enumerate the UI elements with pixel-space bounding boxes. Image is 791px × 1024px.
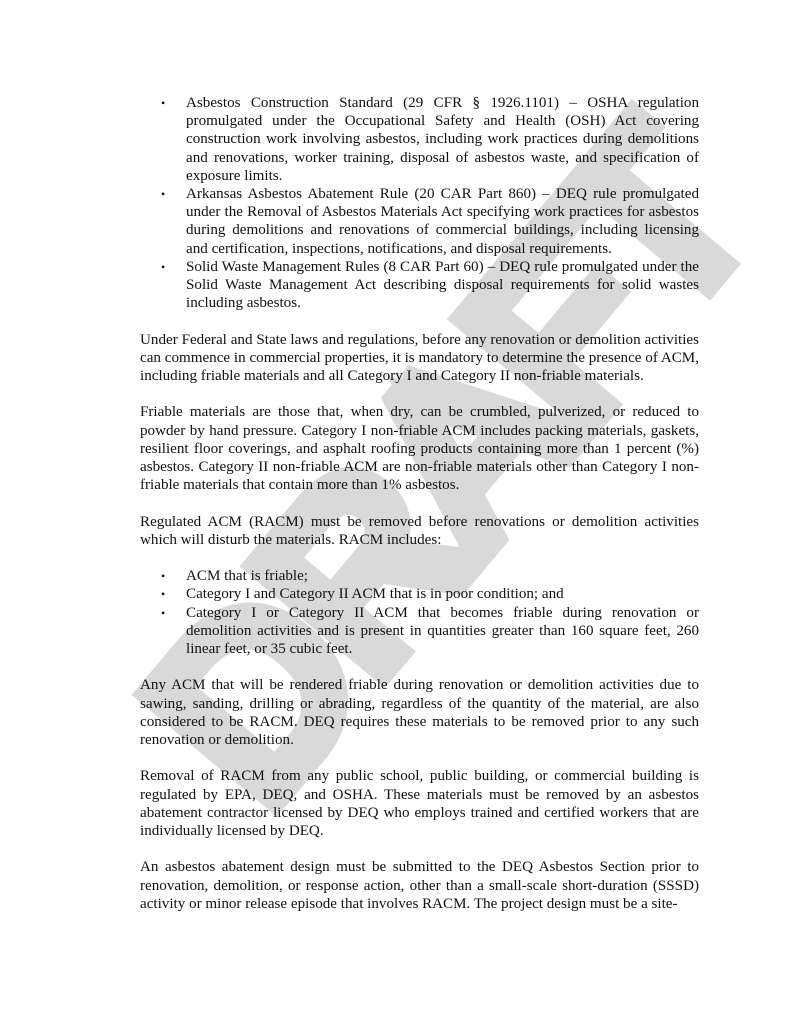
list-item: • Solid Waste Management Rules (8 CAR Pa…	[140, 258, 699, 313]
list-item-text: Arkansas Asbestos Abatement Rule (20 CAR…	[186, 186, 699, 257]
paragraph-acm-determination: Under Federal and State laws and regulat…	[140, 331, 699, 386]
list-item-text: Category I or Category II ACM that becom…	[186, 605, 699, 657]
document-body: • Asbestos Construction Standard (29 CFR…	[140, 94, 699, 931]
document-page: DRAFT • Asbestos Construction Standard (…	[0, 0, 791, 1024]
paragraph-abatement-design: An asbestos abatement design must be sub…	[140, 858, 699, 913]
paragraph-racm-intro: Regulated ACM (RACM) must be removed bef…	[140, 513, 699, 549]
list-item: • ACM that is friable;	[140, 567, 699, 585]
bullet-icon: •	[161, 585, 165, 603]
list-item: • Category I and Category II ACM that is…	[140, 585, 699, 603]
list-item-text: Solid Waste Management Rules (8 CAR Part…	[186, 259, 699, 311]
regulations-list: • Asbestos Construction Standard (29 CFR…	[140, 94, 699, 312]
list-item-text: ACM that is friable;	[186, 568, 308, 584]
paragraph-removal-regulation: Removal of RACM from any public school, …	[140, 767, 699, 840]
bullet-icon: •	[161, 567, 165, 585]
bullet-icon: •	[161, 604, 165, 622]
paragraph-rendered-friable: Any ACM that will be rendered friable du…	[140, 676, 699, 749]
paragraph-friable-definition: Friable materials are those that, when d…	[140, 403, 699, 494]
list-item: • Arkansas Asbestos Abatement Rule (20 C…	[140, 185, 699, 258]
list-item-text: Asbestos Construction Standard (29 CFR §…	[186, 95, 699, 184]
bullet-icon: •	[161, 94, 165, 112]
bullet-icon: •	[161, 185, 165, 203]
list-item: • Category I or Category II ACM that bec…	[140, 604, 699, 659]
list-item-text: Category I and Category II ACM that is i…	[186, 586, 564, 602]
list-item: • Asbestos Construction Standard (29 CFR…	[140, 94, 699, 185]
racm-list: • ACM that is friable; • Category I and …	[140, 567, 699, 658]
bullet-icon: •	[161, 258, 165, 276]
